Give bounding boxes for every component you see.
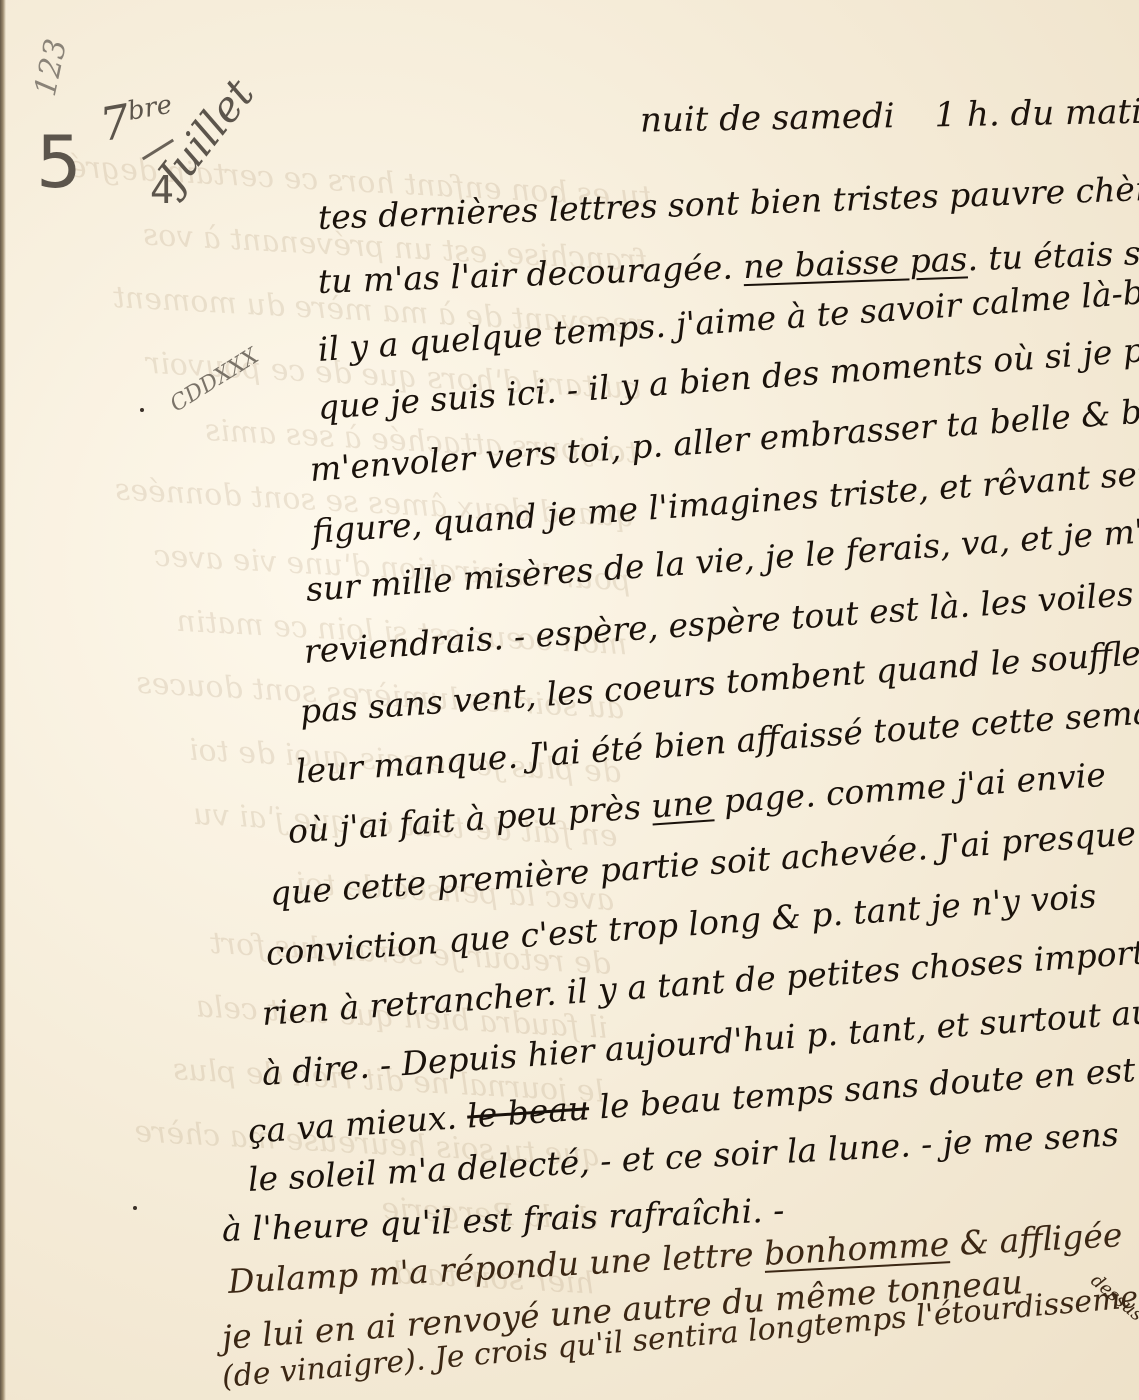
- line-text: . tu étais si bien: [967, 230, 1139, 278]
- letter-line: tes dernières lettres sont bien tristes …: [317, 164, 1139, 237]
- underlined-phrase: ne baisse pas: [743, 239, 968, 286]
- struck-word: le beau: [466, 1088, 591, 1135]
- letter-heading: nuit de samedi1 h. du matin: [640, 91, 1139, 140]
- line-text: tes dernières lettres sont bien tristes …: [317, 164, 1139, 237]
- underlined-word: bonhomme: [763, 1224, 950, 1273]
- line-text: & affligée: [948, 1215, 1123, 1263]
- line-text: ça va mieux.: [247, 1097, 469, 1151]
- line-text: où j'ai fait à peu près: [287, 787, 653, 851]
- ink-dot: [133, 1206, 137, 1210]
- folio-number: 123: [28, 36, 74, 99]
- heading-place-time: nuit de samedi: [640, 96, 895, 140]
- archival-date-month-suffix: bre: [125, 90, 174, 127]
- ink-dot: [140, 408, 144, 412]
- heading-hour: 1 h. du matin: [934, 91, 1139, 135]
- catalogue-number: CDDXXX: [166, 344, 263, 418]
- underlined-word: une: [650, 782, 715, 825]
- line-text: tu m'as l'air decouragée.: [317, 247, 744, 301]
- line-text: page. comme j'ai envie: [712, 755, 1107, 821]
- archival-date-day: 5: [36, 120, 82, 204]
- letter-page: tu es bon enfant hors ce certain degré f…: [0, 0, 1139, 1400]
